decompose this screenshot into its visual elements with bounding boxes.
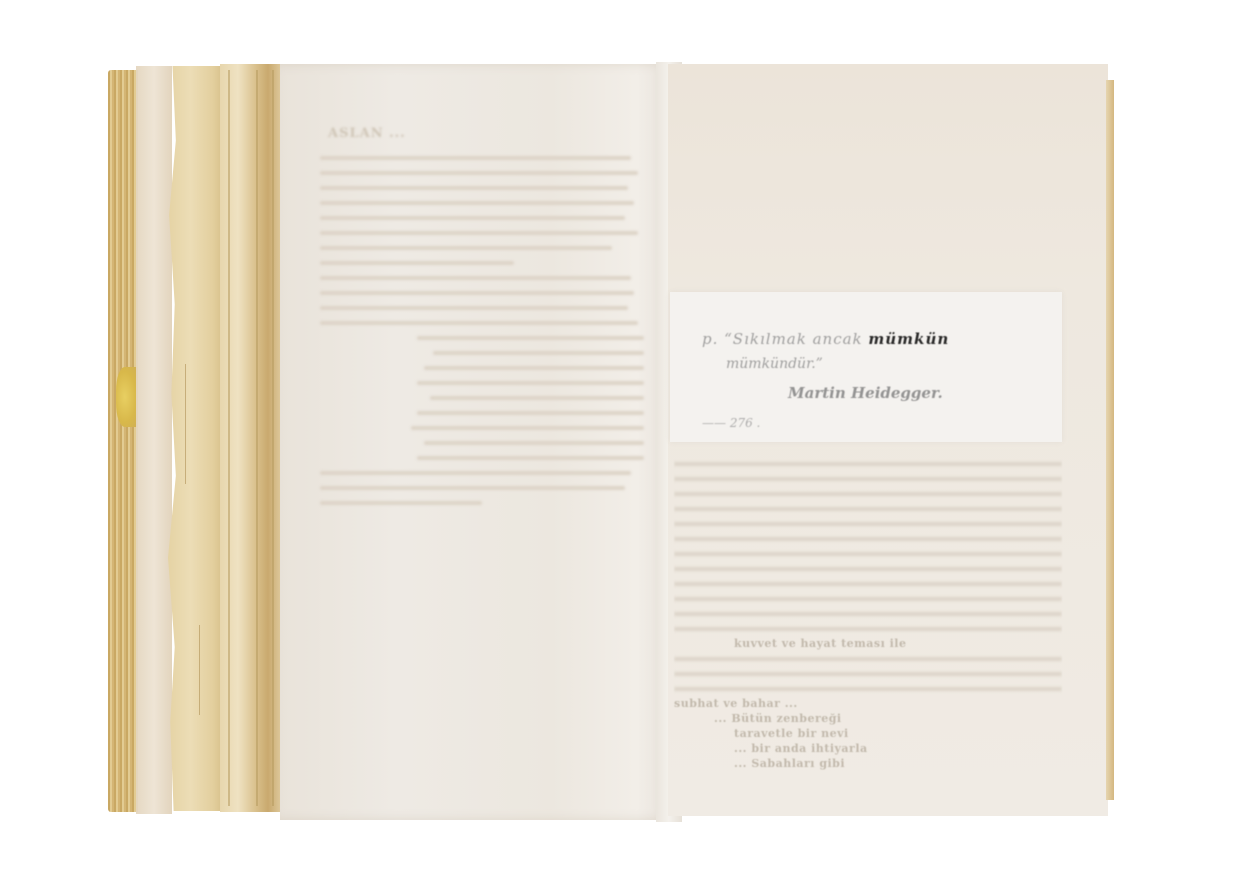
printed-phrase: ... Bütün zenbereği [674,711,1062,726]
note-text-dark: mümkün [868,330,949,348]
page-edge [1106,80,1114,800]
printed-phrase: kuvvet ve hayat teması ile [674,636,1062,651]
blurred-text-block [320,156,644,516]
printed-phrase: taravetle bir nevi [674,726,1062,741]
crack [199,625,200,715]
printed-phrase: ... Sabahları gibi [674,756,1062,771]
printed-phrase: subhat ve bahar ... [674,696,1062,711]
handwritten-note-slip: p. “Sıkılmak ancak mümkün mümkündür.” Ma… [670,292,1062,442]
left-page: ASLAN ... [280,64,668,820]
note-text-faint: p. “Sıkılmak ancak [702,330,868,348]
page-heading: ASLAN ... [328,126,406,141]
spine-crease [272,70,274,806]
torn-spine [168,66,224,811]
note-line-2: mümkündür.” [726,356,823,372]
book-photo: ASLAN ... p. “Sıkılmak ancak mümkün mümk… [108,62,1113,820]
tissue-strip [136,66,172,814]
spine-crease [228,70,230,806]
right-page: p. “Sıkılmak ancak mümkün mümkündür.” Ma… [668,64,1108,816]
spine-crease [256,70,258,806]
page-edges [108,70,138,812]
yellow-stain [116,367,138,427]
note-page-ref: —— 276 . [702,416,760,430]
note-signature: Martin Heidegger. [788,384,943,402]
note-line-1: p. “Sıkılmak ancak mümkün [702,330,949,348]
crack [185,364,186,484]
spine-binding [220,64,280,812]
printed-text-block: kuvvet ve hayat teması ile subhat ve bah… [674,456,1062,771]
printed-phrase: ... bir anda ihtiyarla [674,741,1062,756]
